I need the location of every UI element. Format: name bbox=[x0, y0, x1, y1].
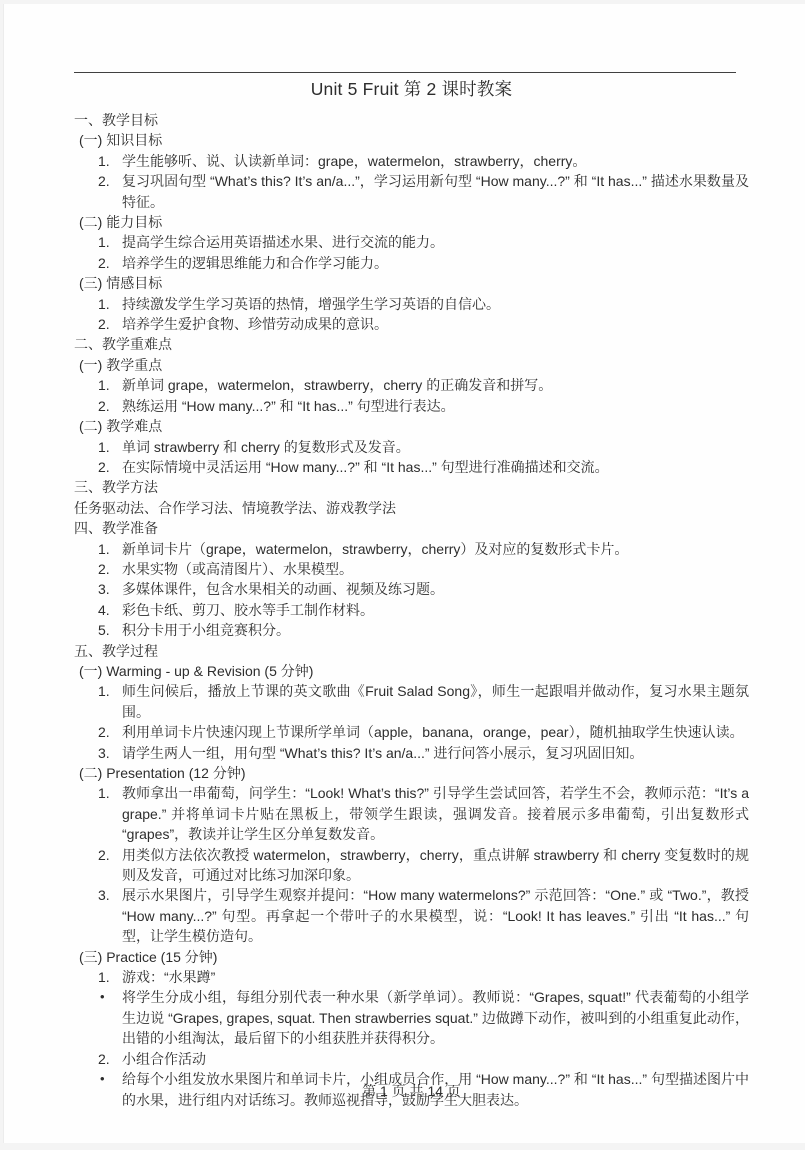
line-text: (一) Warming - up & Revision (5 分钟) bbox=[79, 663, 313, 679]
page-number-footer: 第 1 页 共 14 页 bbox=[74, 1081, 749, 1101]
list-number: 1. bbox=[98, 151, 110, 171]
list-number: 1. bbox=[98, 681, 110, 701]
line-text: 师生问候后，播放上节课的英文歌曲《Fruit Salad Song》，师生一起跟… bbox=[122, 683, 749, 719]
line-text: (三) 情感目标 bbox=[79, 275, 162, 291]
bullet-item: •将学生分成小组，每组分别代表一种水果（新学单词）。教师说：“Grapes, s… bbox=[74, 987, 749, 1048]
numbered-item: 2.复习巩固句型 “What’s this? It’s an/a...”，学习运… bbox=[74, 171, 749, 212]
line-text: 提高学生综合运用英语描述水果、进行交流的能力。 bbox=[122, 234, 444, 250]
numbered-item: 1.提高学生综合运用英语描述水果、进行交流的能力。 bbox=[74, 232, 749, 252]
document-viewer: Unit 5 Fruit 第 2 课时教案 一、教学目标(一) 知识目标1.学生… bbox=[0, 0, 805, 1150]
numbered-item: 2.在实际情境中灵活运用 “How many...?” 和 “It has...… bbox=[74, 457, 749, 477]
subsection-heading: (一) 知识目标 bbox=[79, 130, 749, 150]
list-number: 1. bbox=[98, 375, 110, 395]
line-text: 在实际情境中灵活运用 “How many...?” 和 “It has...” … bbox=[122, 459, 609, 475]
numbered-item: 1.新单词 grape，watermelon，strawberry，cherry… bbox=[74, 375, 749, 395]
subsection-heading: (一) Warming - up & Revision (5 分钟) bbox=[79, 661, 749, 681]
page-content: Unit 5 Fruit 第 2 课时教案 一、教学目标(一) 知识目标1.学生… bbox=[4, 72, 805, 1110]
section-heading: 二、教学重难点 bbox=[74, 334, 749, 354]
numbered-item: 4.彩色卡纸、剪刀、胶水等手工制作材料。 bbox=[74, 600, 749, 620]
numbered-item: 1.新单词卡片（grape，watermelon，strawberry，cher… bbox=[74, 539, 749, 559]
line-text: 五、教学过程 bbox=[74, 643, 158, 659]
list-number: 2. bbox=[98, 171, 110, 191]
line-text: 请学生两人一组，用句型 “What’s this? It’s an/a...” … bbox=[122, 745, 643, 761]
line-text: 培养学生的逻辑思维能力和合作学习能力。 bbox=[122, 255, 388, 271]
numbered-item: 2.水果实物（或高清图片）、水果模型。 bbox=[74, 559, 749, 579]
line-text: 持续激发学生学习英语的热情，增强学生学习英语的自信心。 bbox=[122, 296, 500, 312]
list-number: 2. bbox=[98, 396, 110, 416]
list-number: 1. bbox=[98, 783, 110, 803]
line-text: 将学生分成小组，每组分别代表一种水果（新学单词）。教师说：“Grapes, sq… bbox=[122, 989, 749, 1046]
numbered-item: 1.师生问候后，播放上节课的英文歌曲《Fruit Salad Song》，师生一… bbox=[74, 681, 749, 722]
numbered-item: 2.熟练运用 “How many...?” 和 “It has...” 句型进行… bbox=[74, 396, 749, 416]
page-title: Unit 5 Fruit 第 2 课时教案 bbox=[74, 76, 749, 102]
subsection-heading: (三) Practice (15 分钟) bbox=[79, 947, 749, 967]
numbered-item: 2.小组合作活动 bbox=[74, 1049, 749, 1069]
list-number: 1. bbox=[98, 967, 110, 987]
list-number: 5. bbox=[98, 620, 110, 640]
numbered-item: 2.利用单词卡片快速闪现上节课所学单词（apple，banana，orange，… bbox=[74, 722, 749, 742]
list-number: 2. bbox=[98, 253, 110, 273]
line-text: 彩色卡纸、剪刀、胶水等手工制作材料。 bbox=[122, 602, 374, 618]
line-text: 复习巩固句型 “What’s this? It’s an/a...”，学习运用新… bbox=[122, 173, 749, 209]
line-text: (一) 知识目标 bbox=[79, 132, 162, 148]
document-page: Unit 5 Fruit 第 2 课时教案 一、教学目标(一) 知识目标1.学生… bbox=[3, 4, 805, 1143]
line-text: 新单词卡片（grape，watermelon，strawberry，cherry… bbox=[122, 541, 628, 557]
subsection-heading: (二) Presentation (12 分钟) bbox=[79, 763, 749, 783]
line-text: 积分卡用于小组竞赛积分。 bbox=[122, 622, 290, 638]
section-heading: 四、教学准备 bbox=[74, 518, 749, 538]
list-number: 1. bbox=[98, 294, 110, 314]
list-number: 1. bbox=[98, 437, 110, 457]
list-number: 3. bbox=[98, 885, 110, 905]
list-number: 1. bbox=[98, 539, 110, 559]
numbered-item: 1.持续激发学生学习英语的热情，增强学生学习英语的自信心。 bbox=[74, 294, 749, 314]
line-text: 展示水果图片，引导学生观察并提问：“How many watermelons?”… bbox=[122, 887, 749, 944]
numbered-item: 3.多媒体课件，包含水果相关的动画、视频及练习题。 bbox=[74, 579, 749, 599]
line-text: 四、教学准备 bbox=[74, 520, 158, 536]
line-text: 教师拿出一串葡萄，问学生：“Look! What’s this?” 引导学生尝试… bbox=[122, 785, 749, 842]
line-text: (三) Practice (15 分钟) bbox=[79, 949, 217, 965]
line-text: (一) 教学重点 bbox=[79, 357, 162, 373]
numbered-item: 5.积分卡用于小组竞赛积分。 bbox=[74, 620, 749, 640]
line-text: 利用单词卡片快速闪现上节课所学单词（apple，banana，orange，pe… bbox=[122, 724, 744, 740]
line-text: 多媒体课件，包含水果相关的动画、视频及练习题。 bbox=[122, 581, 444, 597]
line-text: 三、教学方法 bbox=[74, 479, 158, 495]
line-text: 用类似方法依次教授 watermelon，strawberry，cherry，重… bbox=[122, 847, 749, 883]
numbered-item: 3.请学生两人一组，用句型 “What’s this? It’s an/a...… bbox=[74, 743, 749, 763]
line-text: 游戏：“水果蹲” bbox=[122, 969, 215, 985]
document-lines: 一、教学目标(一) 知识目标1.学生能够听、说、认读新单词：grape，wate… bbox=[74, 110, 749, 1110]
line-text: 新单词 grape，watermelon，strawberry，cherry 的… bbox=[122, 377, 552, 393]
line-text: 水果实物（或高清图片）、水果模型。 bbox=[122, 561, 353, 577]
list-number: 2. bbox=[98, 457, 110, 477]
line-text: 二、教学重难点 bbox=[74, 336, 172, 352]
numbered-item: 2.培养学生的逻辑思维能力和合作学习能力。 bbox=[74, 253, 749, 273]
section-heading: 三、教学方法 bbox=[74, 477, 749, 497]
list-number: 2. bbox=[98, 845, 110, 865]
subsection-heading: (二) 能力目标 bbox=[79, 212, 749, 232]
list-number: 2. bbox=[98, 1049, 110, 1069]
section-heading: 一、教学目标 bbox=[74, 110, 749, 130]
line-text: 一、教学目标 bbox=[74, 112, 158, 128]
numbered-item: 1.教师拿出一串葡萄，问学生：“Look! What’s this?” 引导学生… bbox=[74, 783, 749, 844]
line-text: 任务驱动法、合作学习法、情境教学法、游戏教学法 bbox=[74, 500, 396, 516]
list-number: 2. bbox=[98, 314, 110, 334]
subsection-heading: (一) 教学重点 bbox=[79, 355, 749, 375]
line-text: (二) 能力目标 bbox=[79, 214, 162, 230]
numbered-item: 1.单词 strawberry 和 cherry 的复数形式及发音。 bbox=[74, 437, 749, 457]
list-number: 1. bbox=[98, 232, 110, 252]
numbered-item: 1.游戏：“水果蹲” bbox=[74, 967, 749, 987]
line-text: 学生能够听、说、认读新单词：grape，watermelon，strawberr… bbox=[122, 153, 586, 169]
list-number: 2. bbox=[98, 559, 110, 579]
line-text: (二) Presentation (12 分钟) bbox=[79, 765, 246, 781]
section-heading: 五、教学过程 bbox=[74, 641, 749, 661]
numbered-item: 3.展示水果图片，引导学生观察并提问：“How many watermelons… bbox=[74, 885, 749, 946]
list-number: 3. bbox=[98, 579, 110, 599]
list-number: 2. bbox=[98, 722, 110, 742]
bullet-marker: • bbox=[100, 987, 105, 1007]
line-text: 培养学生爱护食物、珍惜劳动成果的意识。 bbox=[122, 316, 388, 332]
subsection-heading: (三) 情感目标 bbox=[79, 273, 749, 293]
line-text: 小组合作活动 bbox=[122, 1051, 206, 1067]
line-text: 单词 strawberry 和 cherry 的复数形式及发音。 bbox=[122, 439, 410, 455]
numbered-item: 2.培养学生爱护食物、珍惜劳动成果的意识。 bbox=[74, 314, 749, 334]
paragraph: 任务驱动法、合作学习法、情境教学法、游戏教学法 bbox=[74, 498, 749, 518]
list-number: 3. bbox=[98, 743, 110, 763]
numbered-item: 2.用类似方法依次教授 watermelon，strawberry，cherry… bbox=[74, 845, 749, 886]
list-number: 4. bbox=[98, 600, 110, 620]
numbered-item: 1.学生能够听、说、认读新单词：grape，watermelon，strawbe… bbox=[74, 151, 749, 171]
subsection-heading: (二) 教学难点 bbox=[79, 416, 749, 436]
header-rule bbox=[74, 72, 736, 73]
line-text: 熟练运用 “How many...?” 和 “It has...” 句型进行表达… bbox=[122, 398, 455, 414]
line-text: (二) 教学难点 bbox=[79, 418, 162, 434]
